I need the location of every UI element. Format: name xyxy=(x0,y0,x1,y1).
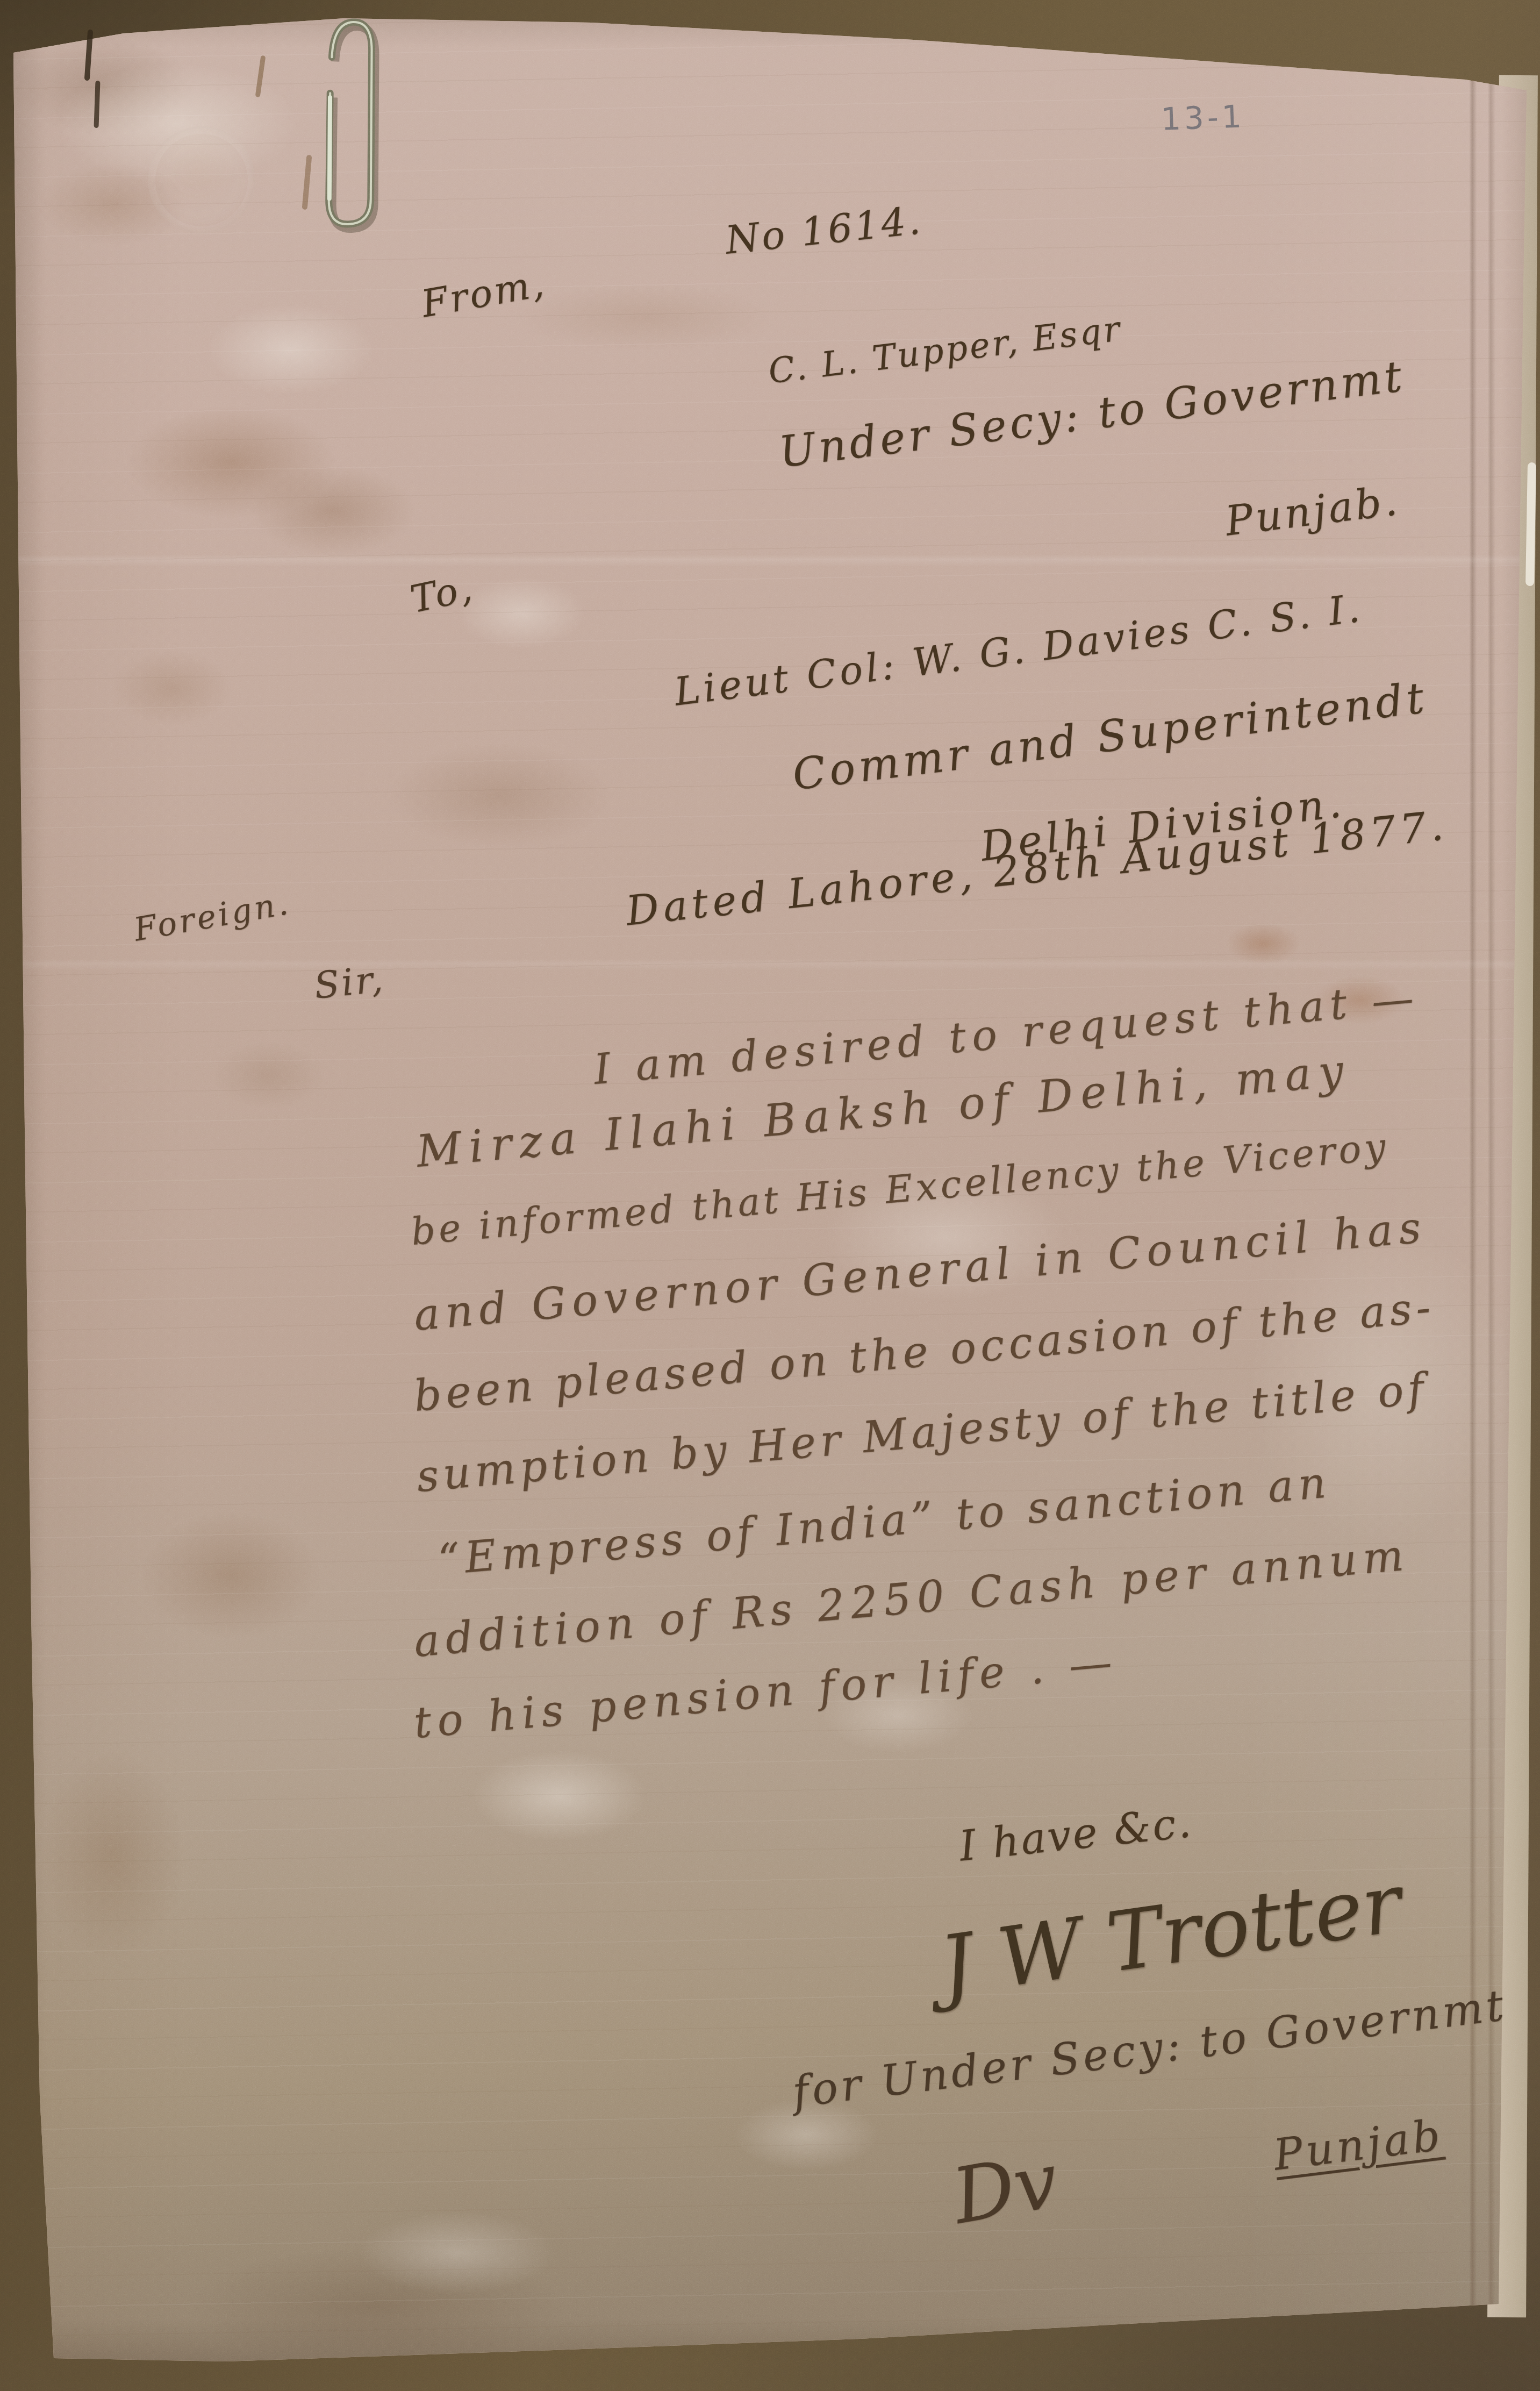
salutation: Sir, xyxy=(312,958,387,1008)
embossed-seal-icon xyxy=(148,126,255,234)
document-photo: No 1614. From, C. L. Tupper, Esqr Under … xyxy=(0,0,1540,2391)
paperclip-icon xyxy=(302,11,403,249)
pencil-folio-annotation: 13-1 xyxy=(1161,98,1245,137)
clerk-monogram: Dv xyxy=(947,2136,1065,2242)
